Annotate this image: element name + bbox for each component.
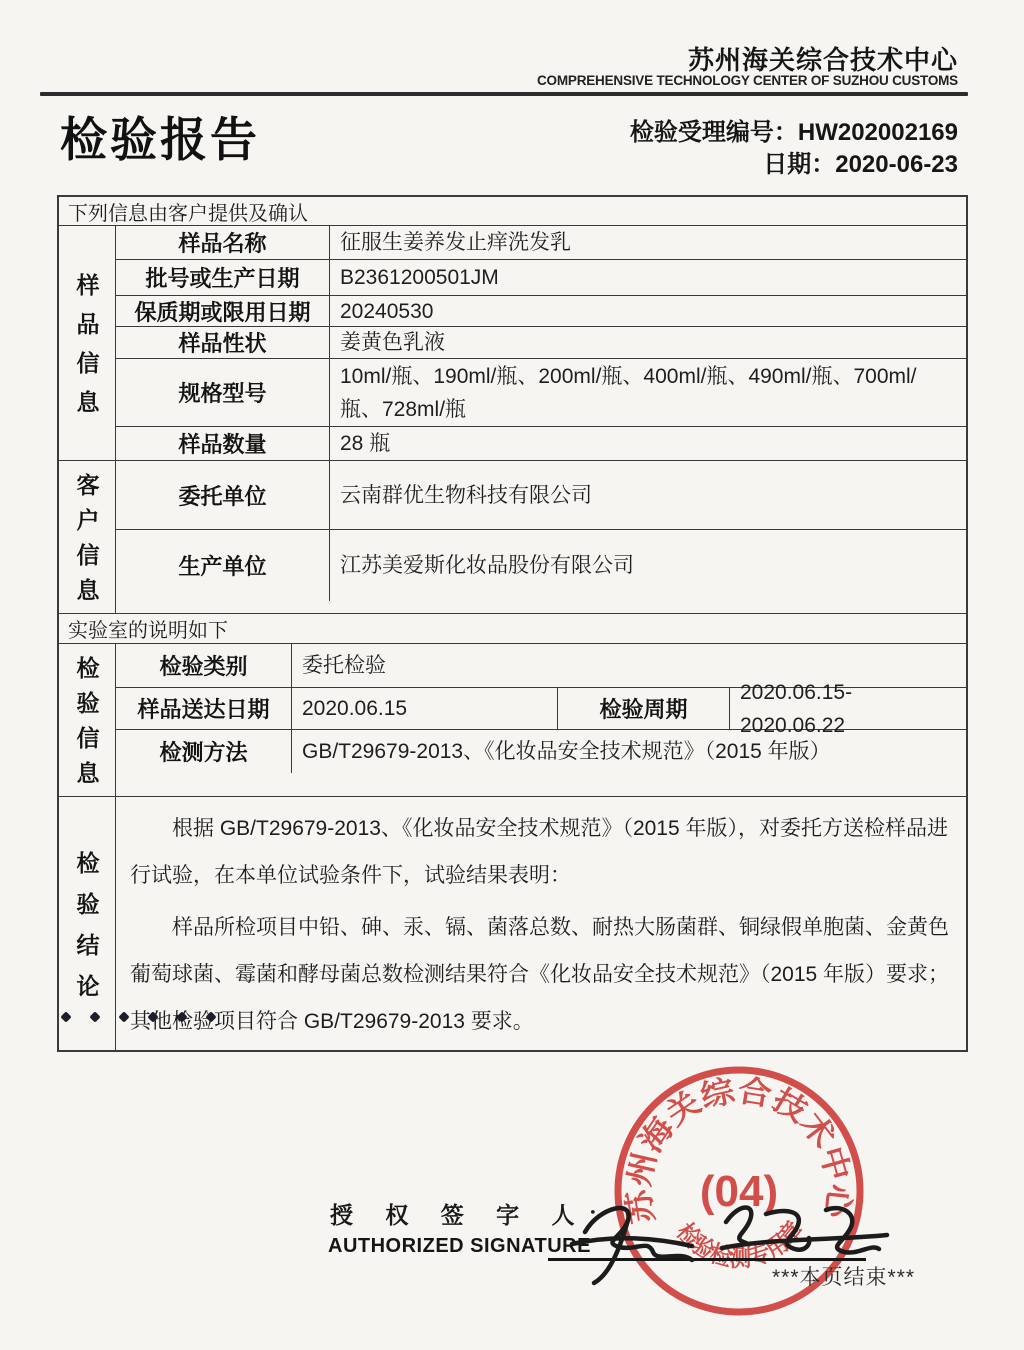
table-row: 委托单位 云南群优生物科技有限公司 [116, 461, 966, 530]
conclusion-paragraph: 样品所检项目中铅、砷、汞、镉、菌落总数、耐热大肠菌群、铜绿假单胞菌、金黄色葡萄球… [130, 904, 952, 1045]
lab-note: 实验室的说明如下 [59, 614, 966, 644]
row-value: 2020.06.15 [292, 688, 558, 729]
row-label: 样品名称 [116, 226, 330, 259]
row-label: 样品数量 [116, 427, 330, 460]
table-row: 批号或生产日期 B2361200501JM [116, 260, 966, 296]
diamond-icon [89, 1011, 100, 1022]
header-divider [40, 92, 968, 96]
row-label: 生产单位 [116, 530, 330, 601]
table-row: 样品性状 姜黄色乳液 [116, 327, 966, 359]
row-value: 云南群优生物科技有限公司 [330, 461, 966, 529]
row-label: 保质期或限用日期 [116, 296, 330, 326]
table-row: 保质期或限用日期 20240530 [116, 296, 966, 327]
row-value: B2361200501JM [330, 260, 966, 295]
report-table: 下列信息由客户提供及确认 样品信息 样品名称 征服生姜养发止痒洗发乳 批号或生产… [57, 195, 968, 1052]
row-label: 批号或生产日期 [116, 260, 330, 295]
report-date-value: 2020-06-23 [835, 151, 958, 178]
inspection-info-side-label: 检验信息 [59, 644, 116, 796]
customer-info-section: 客户信息 委托单位 云南群优生物科技有限公司 生产单位 江苏美爱斯化妆品股份有限… [59, 461, 966, 614]
row-value: 征服生姜养发止痒洗发乳 [330, 226, 966, 259]
page-end-marker: ***本页结束*** [772, 1261, 915, 1291]
table-row: 检测方法 GB/T29679-2013、《化妆品安全技术规范》（2015 年版） [116, 730, 966, 773]
row-value: 2020.06.15-2020.06.22 [730, 688, 966, 729]
table-row: 样品名称 征服生姜养发止痒洗发乳 [116, 226, 966, 260]
acceptance-number: 检验受理编号：HW202002169 [630, 112, 958, 147]
diamond-icon [147, 1011, 158, 1022]
row-value: 20240530 [330, 296, 966, 326]
row-label: 样品性状 [116, 327, 330, 358]
row-label: 检测方法 [116, 730, 292, 773]
report-title: 检验报告 [60, 103, 260, 170]
row-label: 委托单位 [116, 461, 330, 529]
row-label: 检验类别 [116, 644, 292, 687]
conclusion-text: 根据 GB/T29679-2013、《化妆品安全技术规范》（2015 年版），对… [116, 797, 966, 1050]
diamond-icon [60, 1011, 71, 1022]
table-row: 样品数量 28 瓶 [116, 427, 966, 460]
diamond-marks [62, 1013, 215, 1021]
diamond-icon [176, 1011, 187, 1022]
row-value: 江苏美爱斯化妆品股份有限公司 [330, 530, 966, 601]
conclusion-paragraph: 根据 GB/T29679-2013、《化妆品安全技术规范》（2015 年版），对… [130, 805, 952, 899]
row-label: 样品送达日期 [116, 688, 292, 729]
acceptance-number-label: 检验受理编号： [630, 119, 798, 146]
row-value: 28 瓶 [330, 427, 966, 460]
acceptance-number-value: HW202002169 [798, 119, 958, 146]
diamond-icon [205, 1011, 216, 1022]
table-row: 生产单位 江苏美爱斯化妆品股份有限公司 [116, 530, 966, 601]
row-label: 规格型号 [116, 359, 330, 426]
row-value: 10ml/瓶、190ml/瓶、200ml/瓶、400ml/瓶、490ml/瓶、7… [330, 359, 966, 426]
customer-info-side-label: 客户信息 [59, 461, 116, 613]
sample-info-side-label: 样品信息 [59, 226, 116, 460]
org-name-en: COMPREHENSIVE TECHNOLOGY CENTER OF SUZHO… [537, 73, 958, 88]
row-value: 姜黄色乳液 [330, 327, 966, 358]
sample-info-section: 样品信息 样品名称 征服生姜养发止痒洗发乳 批号或生产日期 B236120050… [59, 226, 966, 461]
table-row: 规格型号 10ml/瓶、190ml/瓶、200ml/瓶、400ml/瓶、490m… [116, 359, 966, 427]
diamond-icon [118, 1011, 129, 1022]
client-provided-note: 下列信息由客户提供及确认 [59, 197, 966, 226]
report-page: 苏州海关综合技术中心 COMPREHENSIVE TECHNOLOGY CENT… [0, 0, 1024, 1350]
row-value: GB/T29679-2013、《化妆品安全技术规范》（2015 年版） [292, 730, 966, 773]
inspection-info-section: 检验信息 检验类别 委托检验 样品送达日期 2020.06.15 检验周期 20… [59, 644, 966, 797]
table-row: 样品送达日期 2020.06.15 检验周期 2020.06.15-2020.0… [116, 688, 966, 730]
report-date: 日期：2020-06-23 [763, 144, 958, 179]
row-label: 检验周期 [558, 688, 730, 729]
report-date-label: 日期： [763, 151, 835, 178]
org-name-cn: 苏州海关综合技术中心 [688, 40, 958, 77]
